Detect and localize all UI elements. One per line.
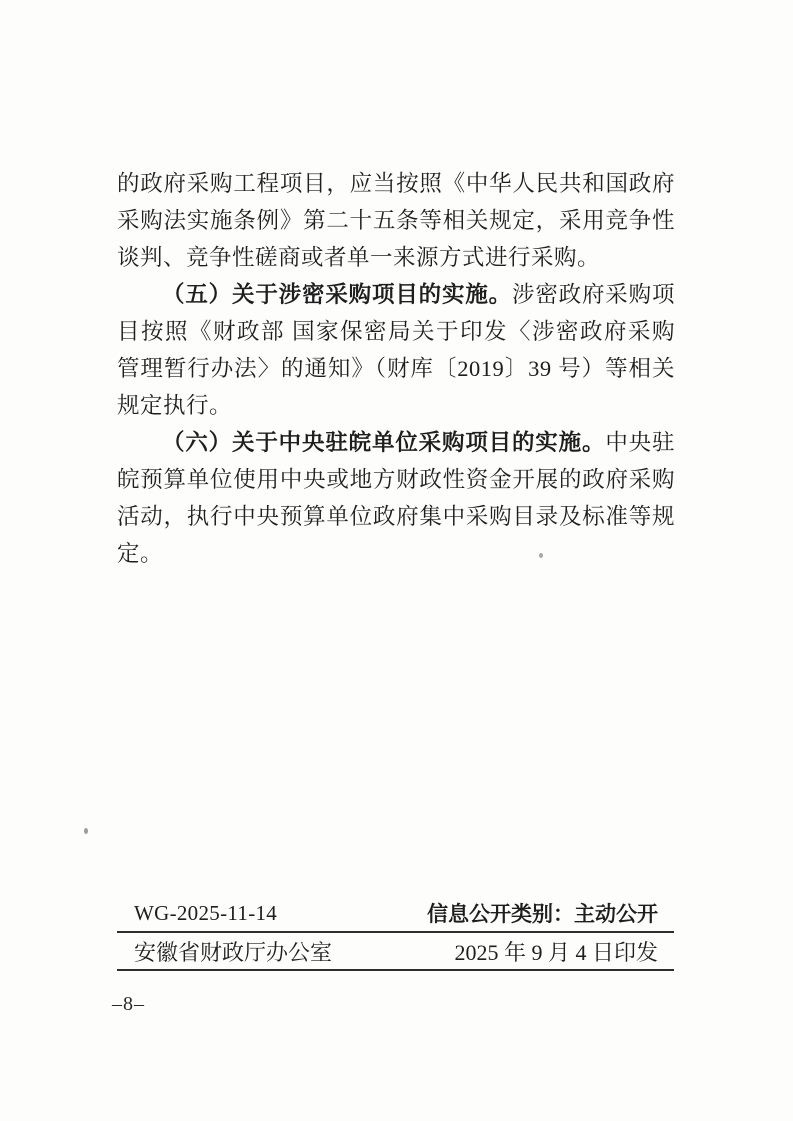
paragraph-text: 的政府采购工程项目，应当按照《中华人民共和国政府采购法实施条例》第二十五条等相关… (117, 171, 675, 270)
paragraph-continuation: 的政府采购工程项目，应当按照《中华人民共和国政府采购法实施条例》第二十五条等相关… (117, 165, 675, 276)
scan-speck (539, 553, 543, 558)
body-text: 的政府采购工程项目，应当按照《中华人民共和国政府采购法实施条例》第二十五条等相关… (117, 165, 675, 572)
footer-row-2: 安徽省财政厅办公室 2025 年 9 月 4 日印发 (117, 933, 674, 971)
footer-table: WG-2025-11-14 信息公开类别：主动公开 安徽省财政厅办公室 2025… (117, 895, 674, 971)
disclosure-category: 信息公开类别：主动公开 (427, 898, 658, 928)
page-number: –8– (112, 993, 145, 1016)
paragraph-item-6: （六）关于中央驻皖单位采购项目的实施。中央驻皖预算单位使用中央或地方财政性资金开… (117, 424, 675, 572)
paragraph-heading: （五）关于涉密采购项目的实施。 (162, 282, 512, 307)
paragraph-heading: （六）关于中央驻皖单位采购项目的实施。 (162, 430, 605, 455)
scan-speck (84, 828, 88, 834)
paragraph-item-5: （五）关于涉密采购项目的实施。涉密政府采购项目按照《财政部 国家保密局关于印发〈… (117, 276, 675, 424)
print-date: 2025 年 9 月 4 日印发 (454, 936, 658, 967)
document-code: WG-2025-11-14 (134, 901, 277, 926)
issuing-office: 安徽省财政厅办公室 (134, 936, 332, 967)
footer-row-1: WG-2025-11-14 信息公开类别：主动公开 (117, 895, 674, 933)
document-page: 的政府采购工程项目，应当按照《中华人民共和国政府采购法实施条例》第二十五条等相关… (0, 0, 793, 1121)
